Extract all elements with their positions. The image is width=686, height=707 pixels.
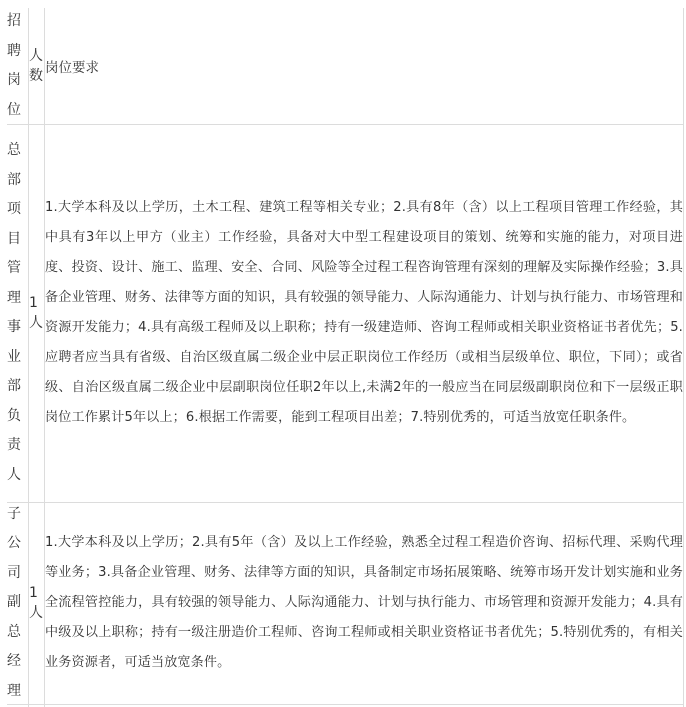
cell-char: 岗 (7, 66, 21, 96)
row-1-count-cell: 1人 (28, 124, 44, 502)
header-position: 招聘岗位 (7, 7, 21, 125)
cell-char: 人 (29, 313, 43, 333)
cell-char: 事 (7, 313, 21, 343)
cell-char: 管 (7, 254, 21, 284)
cell-char: 招 (7, 7, 21, 37)
cell-char: 部 (7, 166, 21, 196)
cell-char: 聘 (7, 37, 21, 67)
row-2-position-cell: 子公司副总经理 (0, 502, 28, 704)
row-2-position: 子公司副总经理 (7, 500, 21, 707)
row-2-requirements-cell: 1.大学本科及以上学历；2.具有5年（含）及以上工作经验，熟悉全过程工程造价咨询… (45, 502, 685, 704)
cell-char: 位 (7, 96, 21, 126)
cell-char: 人 (29, 603, 43, 623)
row-2-requirements: 1.大学本科及以上学历；2.具有5年（含）及以上工作经验，熟悉全过程工程造价咨询… (45, 528, 685, 678)
cell-char: 1 (29, 583, 43, 603)
cell-char: 人 (7, 461, 21, 491)
cell-char: 司 (7, 559, 21, 589)
cell-char: 业 (7, 343, 21, 373)
header-count-cell: 人数 (28, 8, 44, 124)
row-1-position-cell: 总部项目管理事业部负责人 (0, 124, 28, 502)
header-requirements-cell: 岗位要求 (45, 8, 685, 124)
cell-char: 经 (7, 647, 21, 677)
row-divider-2 (7, 704, 684, 705)
cell-char: 数 (29, 66, 43, 86)
cell-char: 理 (7, 677, 21, 707)
cell-char: 子 (7, 500, 21, 530)
cell-char: 公 (7, 529, 21, 559)
header-position-cell: 招聘岗位 (0, 8, 28, 124)
cell-char: 总 (7, 136, 21, 166)
header-count: 人数 (29, 46, 43, 86)
cell-char: 项 (7, 195, 21, 225)
header-requirements: 岗位要求 (45, 56, 99, 76)
row-2-count: 1人 (29, 583, 43, 623)
row-1-count: 1人 (29, 293, 43, 333)
cell-char: 理 (7, 284, 21, 314)
cell-char: 部 (7, 372, 21, 402)
cell-char: 责 (7, 431, 21, 461)
cell-char: 负 (7, 402, 21, 432)
row-1-requirements-cell: 1.大学本科及以上学历，土木工程、建筑工程等相关专业；2.具有8年（含）以上工程… (45, 124, 685, 502)
cell-char: 副 (7, 588, 21, 618)
cell-char: 目 (7, 225, 21, 255)
cell-char: 总 (7, 618, 21, 648)
cell-char: 人 (29, 46, 43, 66)
row-2-count-cell: 1人 (28, 502, 44, 704)
recruitment-table: 招聘岗位 人数 岗位要求 总部项目管理事业部负责人 1人 1.大学本科及以上学历… (0, 0, 686, 707)
cell-char: 1 (29, 293, 43, 313)
row-1-requirements: 1.大学本科及以上学历，土木工程、建筑工程等相关专业；2.具有8年（含）以上工程… (45, 193, 685, 433)
row-1-position: 总部项目管理事业部负责人 (7, 136, 21, 490)
